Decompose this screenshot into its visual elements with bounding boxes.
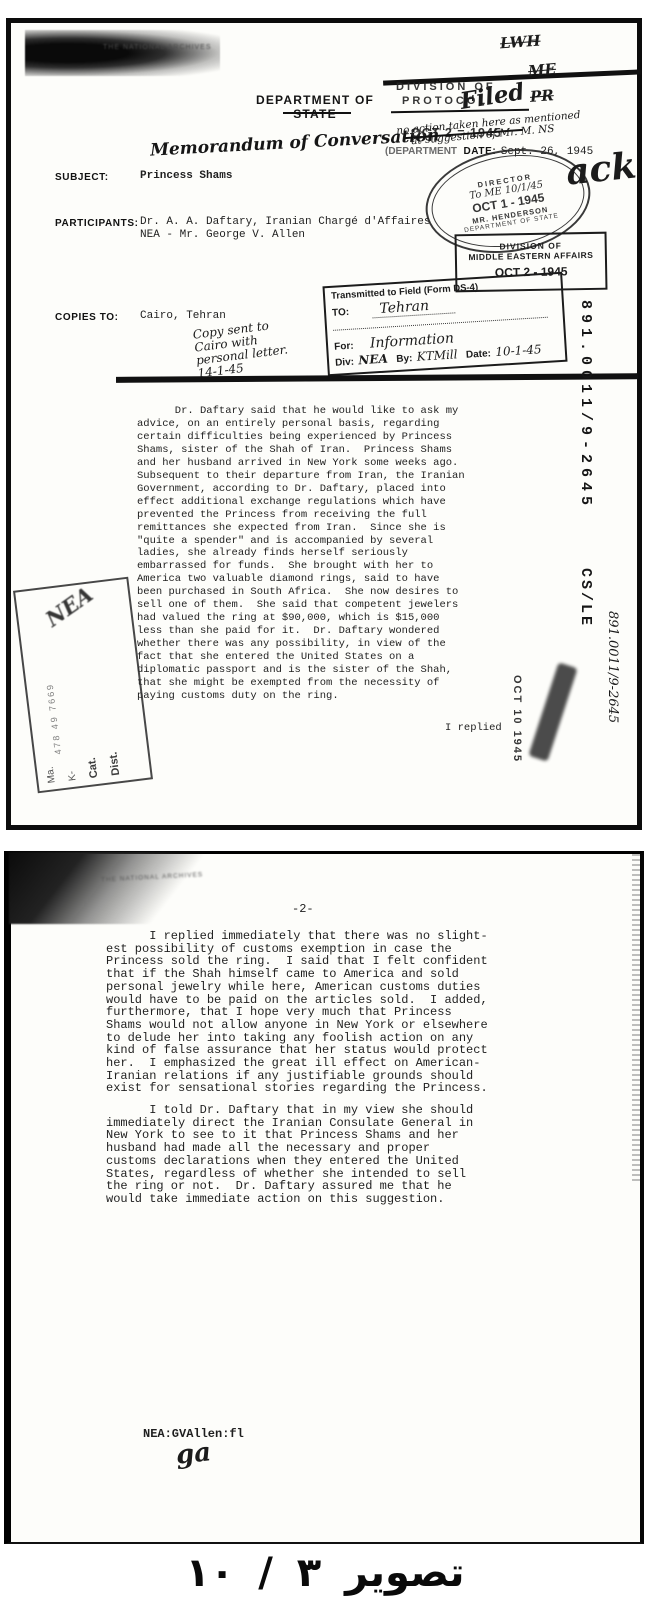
transmitted-date-label: Date: bbox=[466, 348, 492, 361]
department-fragment: (DEPARTMENT bbox=[385, 146, 457, 157]
memo-page-2: THE NATIONAL ARCHIVES -2- I replied imme… bbox=[4, 851, 644, 1544]
routing-initials-2: ME bbox=[527, 60, 557, 80]
margin-handwritten-file-number: 891.0011/9-2645 bbox=[605, 611, 620, 826]
copies-label: COPIES TO: bbox=[55, 312, 119, 323]
subject-label: SUBJECT: bbox=[55, 172, 109, 183]
archives-smudge-page2: THE NATIONAL ARCHIVES bbox=[9, 852, 244, 924]
distribution-handwriting: NEA bbox=[41, 582, 98, 632]
archives-note-text-page2: THE NATIONAL ARCHIVES bbox=[101, 871, 204, 883]
distribution-label-dist: Dist. bbox=[107, 751, 122, 776]
routing-initials-1: LWH bbox=[499, 32, 541, 53]
participants-line1: Dr. A. A. Daftary, Iranian Chargé d'Affa… bbox=[140, 216, 430, 228]
participants-line2: NEA - Mr. George V. Allen bbox=[140, 229, 305, 241]
memo-body-paragraph-2: I told Dr. Daftary that in my view she s… bbox=[106, 1104, 473, 1206]
subject-value: Princess Shams bbox=[140, 170, 232, 182]
ack-handwriting: ack bbox=[564, 144, 638, 193]
distribution-box-stamp: NEA 478 49 7669 Ma. K- Cat. Dist. bbox=[13, 577, 153, 794]
participants-label: PARTICIPANTS: bbox=[55, 218, 139, 229]
routing-initials-3: PR bbox=[529, 86, 554, 106]
header-divider-rule bbox=[116, 373, 638, 383]
distribution-label-ma: Ma. bbox=[45, 766, 58, 784]
transmitted-div-label: Div: bbox=[335, 357, 355, 369]
transmitted-to-label: TO: bbox=[332, 307, 350, 319]
scan-noise-band bbox=[632, 854, 640, 1184]
illegible-ink-stamp bbox=[528, 662, 577, 761]
photo-caption-arabic: تصوير ٣ / ١٠ bbox=[0, 1550, 650, 1596]
transmitted-by-label: By: bbox=[396, 353, 413, 365]
transmitted-date-value: 10-1-45 bbox=[495, 342, 542, 359]
distribution-label-k: K- bbox=[66, 770, 78, 781]
transmitted-box-stamp: Transmitted to Field (Form DS-4) TO: Teh… bbox=[322, 272, 567, 376]
distribution-faint-numbers: 478 49 7669 bbox=[39, 635, 64, 755]
reply-lead-text: I replied bbox=[445, 722, 502, 734]
distribution-labels-row: Ma. K- Cat. Dist. bbox=[44, 751, 122, 784]
oct10-date-stamp: OCT 10 1945 bbox=[511, 675, 523, 785]
page-number: -2- bbox=[292, 902, 314, 916]
margin-office-symbol: CS/LE bbox=[577, 568, 594, 658]
archives-note-text: THE NATIONAL ARCHIVES bbox=[103, 44, 212, 51]
memo-body-text: Dr. Daftary said that he would like to a… bbox=[137, 405, 465, 703]
signature-initials-handwriting: ga bbox=[175, 1437, 213, 1470]
copy-note-handwriting: Copy sent to Cairo with personal letter.… bbox=[192, 318, 290, 381]
transmitted-div-value: NEA bbox=[358, 352, 388, 368]
transmitted-by-value: KTMill bbox=[416, 347, 458, 363]
strike-bar-mid bbox=[391, 109, 529, 113]
memo-page-1: THE NATIONAL ARCHIVES DEPARTMENT OF STAT… bbox=[6, 18, 642, 830]
title-underline bbox=[283, 112, 351, 114]
archives-smudge: THE NATIONAL ARCHIVES bbox=[25, 30, 220, 76]
mea-line2: MIDDLE EASTERN AFFAIRS bbox=[457, 250, 605, 263]
distribution-label-cat: Cat. bbox=[86, 757, 100, 779]
memo-body-paragraph-1: I replied immediately that there was no … bbox=[106, 930, 488, 1095]
page-title: DEPARTMENT OF STATE bbox=[240, 93, 390, 121]
copies-value: Cairo, Tehran bbox=[140, 310, 226, 322]
margin-file-number: 891.0011/9-2645 bbox=[577, 300, 594, 585]
